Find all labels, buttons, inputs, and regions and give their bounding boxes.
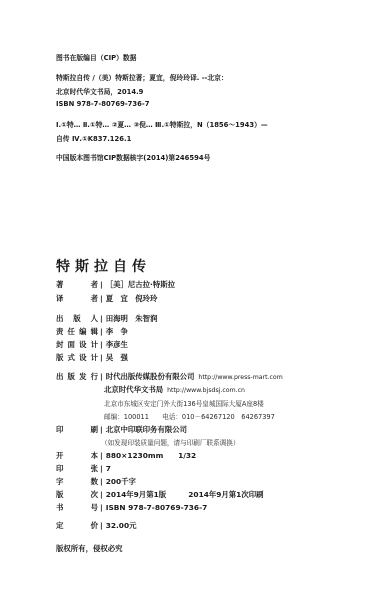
spec-value: 7	[106, 464, 111, 473]
credit-value: 李 争	[106, 327, 128, 336]
separator: |	[100, 425, 103, 434]
printer-label: 印 刷	[56, 424, 98, 435]
spec-value: 2014年9月第1版 2014年9月第1次印刷	[106, 490, 264, 499]
imprint-row: 北京时代华文书局http://www.bjsdsj.com.cn	[104, 384, 245, 395]
credit-value: 吴 强	[106, 353, 128, 362]
printer-row: 印 刷|北京中印联印务有限公司	[56, 424, 187, 435]
price-row: 定 价|32.00元	[56, 520, 136, 531]
credit-label: 封面设计	[56, 339, 98, 350]
printer-name: 北京中印联印务有限公司	[106, 425, 187, 434]
cip-line-2: 北京时代华文书局，2014.9	[56, 86, 143, 96]
separator: |	[100, 372, 103, 381]
spec-sheets: 印 张|7	[56, 463, 111, 474]
cip-isbn: ISBN 978-7-80769-736-7	[56, 100, 149, 108]
credit-label: 版式设计	[56, 352, 98, 363]
credit-value: 田海明 朱智润	[106, 314, 158, 323]
credit-value: ［美］尼古拉·特斯拉	[106, 280, 175, 289]
separator: |	[100, 490, 103, 499]
spec-label: 印 张	[56, 463, 98, 474]
imprint-name: 北京时代华文书局	[104, 385, 163, 394]
spec-label: 书 号	[56, 502, 98, 513]
separator: |	[100, 464, 103, 473]
credit-label: 出 版 人	[56, 313, 98, 324]
separator: |	[100, 340, 103, 349]
separator: |	[100, 353, 103, 362]
separator: |	[100, 503, 103, 512]
credit-cover-design: 封面设计|李彦生	[56, 339, 128, 350]
cip-line-1: 特斯拉自传 /（美）特斯拉著；夏宜，倪玲玲译. --北京：	[56, 72, 228, 82]
cip-classification-2: 自传 Ⅳ.①K837.126.1	[56, 133, 131, 143]
publisher-row: 出版发行|时代出版传媒股份有限公司http://www.press-mart.c…	[56, 371, 283, 382]
separator: |	[100, 314, 103, 323]
credit-label: 著 者	[56, 279, 98, 290]
separator: |	[100, 280, 103, 289]
copyright-notice: 版权所有，侵权必究	[56, 543, 123, 554]
credit-publisher-person: 出 版 人|田海明 朱智润	[56, 313, 157, 324]
cip-classification-1: Ⅰ.①特… Ⅱ.①特… ②夏… ③倪… Ⅲ.①特斯拉，N（1856～1943）—	[56, 119, 268, 129]
credit-value: 夏 宜 倪玲玲	[106, 294, 158, 303]
spec-value: ISBN 978-7-80769-736-7	[106, 503, 208, 512]
publisher-label: 出版发行	[56, 371, 98, 382]
credit-author: 著 者|［美］尼古拉·特斯拉	[56, 279, 175, 290]
separator: |	[100, 521, 103, 530]
price-label: 定 价	[56, 520, 98, 531]
spec-edition: 版 次|2014年9月第1版 2014年9月第1次印刷	[56, 489, 264, 500]
book-title: 特斯拉自传	[56, 256, 151, 276]
spec-label: 开 本	[56, 450, 98, 461]
spec-value: 200千字	[106, 477, 136, 486]
spec-label: 字 数	[56, 476, 98, 487]
publisher-name: 时代出版传媒股份有限公司	[106, 372, 195, 381]
separator: |	[100, 294, 103, 303]
credit-label: 译 者	[56, 293, 98, 304]
spec-format: 开 本|880×1230mm 1/32	[56, 450, 196, 461]
price-value: 32.00元	[106, 521, 137, 530]
credit-value: 李彦生	[106, 340, 128, 349]
publisher-postcode-phone: 邮编：100011 电话：010－64267120 64267397	[104, 411, 275, 421]
separator: |	[100, 327, 103, 336]
printer-note: （如发现印装质量问题，请与印刷厂联系调换）	[101, 437, 239, 447]
credit-editor: 责任编辑|李 争	[56, 326, 128, 337]
separator: |	[100, 451, 103, 460]
publisher-address: 北京市东城区安定门外大街136号皇城国际大厦A座8楼	[104, 398, 264, 408]
cip-heading: 图书在版编目（CIP）数据	[56, 52, 136, 62]
separator: |	[100, 477, 103, 486]
publisher-url: http://www.press-mart.com	[198, 374, 282, 381]
credit-translator: 译 者|夏 宜 倪玲玲	[56, 293, 157, 304]
spec-word-count: 字 数|200千字	[56, 476, 136, 487]
credit-layout-design: 版式设计|吴 强	[56, 352, 128, 363]
spec-value: 880×1230mm 1/32	[106, 451, 197, 460]
spec-isbn: 书 号|ISBN 978-7-80769-736-7	[56, 502, 207, 513]
spec-label: 版 次	[56, 489, 98, 500]
imprint-url: http://www.bjsdsj.com.cn	[167, 387, 245, 394]
cip-verification-number: 中国版本图书馆CIP数据核字(2014)第246594号	[56, 152, 210, 162]
credit-label: 责任编辑	[56, 326, 98, 337]
